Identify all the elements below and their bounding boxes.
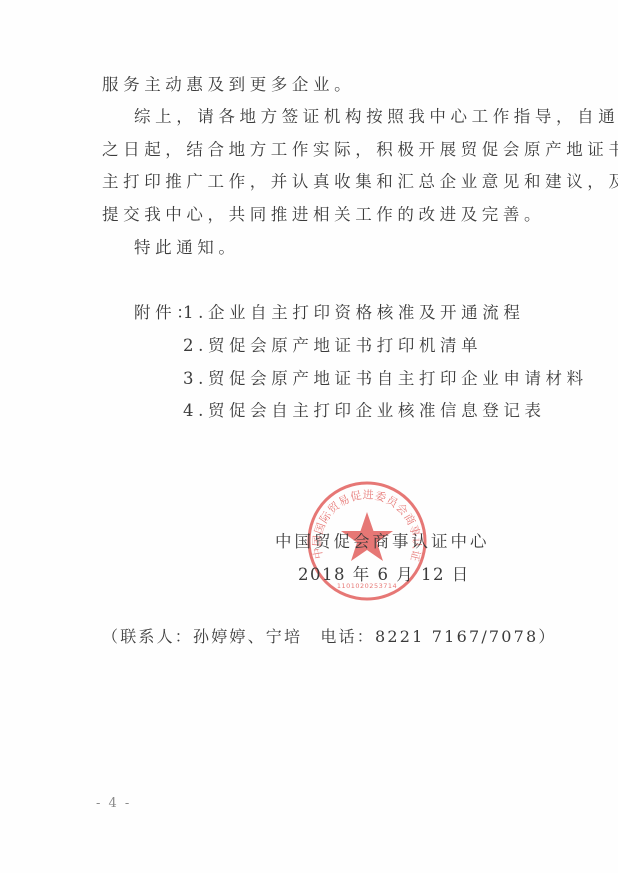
signing-date: 2018 年 6 月 12 日 <box>298 564 470 586</box>
attachment-item-1: 1.企业自主打印资格核准及开通流程 <box>183 302 524 324</box>
body-line-4: 主打印推广工作，并认真收集和汇总企业意见和建议，及时 <box>102 171 618 193</box>
signing-organization: 中国贸促会商事认证中心 <box>275 531 490 553</box>
body-line-2: 综上，请各地方签证机构按照我中心工作指导，自通知 <box>134 106 618 128</box>
body-line-5: 提交我中心，共同推进相关工作的改进及完善。 <box>102 204 545 226</box>
document-page: 服务主动惠及到更多企业。 综上，请各地方签证机构按照我中心工作指导，自通知 之日… <box>0 0 618 873</box>
attachment-item-4: 4.贸促会自主打印企业核准信息登记表 <box>183 400 546 422</box>
attachment-item-3: 3.贸促会原产地证书自主打印企业申请材料 <box>183 368 588 390</box>
contact-info: （联系人：孙婷婷、宁培 电话：8221 7167/7078） <box>102 626 557 648</box>
body-line-3: 之日起，结合地方工作实际，积极开展贸促会原产地证书自 <box>102 139 618 161</box>
closing-line: 特此通知。 <box>134 237 240 259</box>
page-number: - 4 - <box>96 796 131 811</box>
attachment-item-2: 2.贸促会原产地证书打印机清单 <box>183 335 482 357</box>
body-line-1: 服务主动惠及到更多企业。 <box>102 74 355 96</box>
